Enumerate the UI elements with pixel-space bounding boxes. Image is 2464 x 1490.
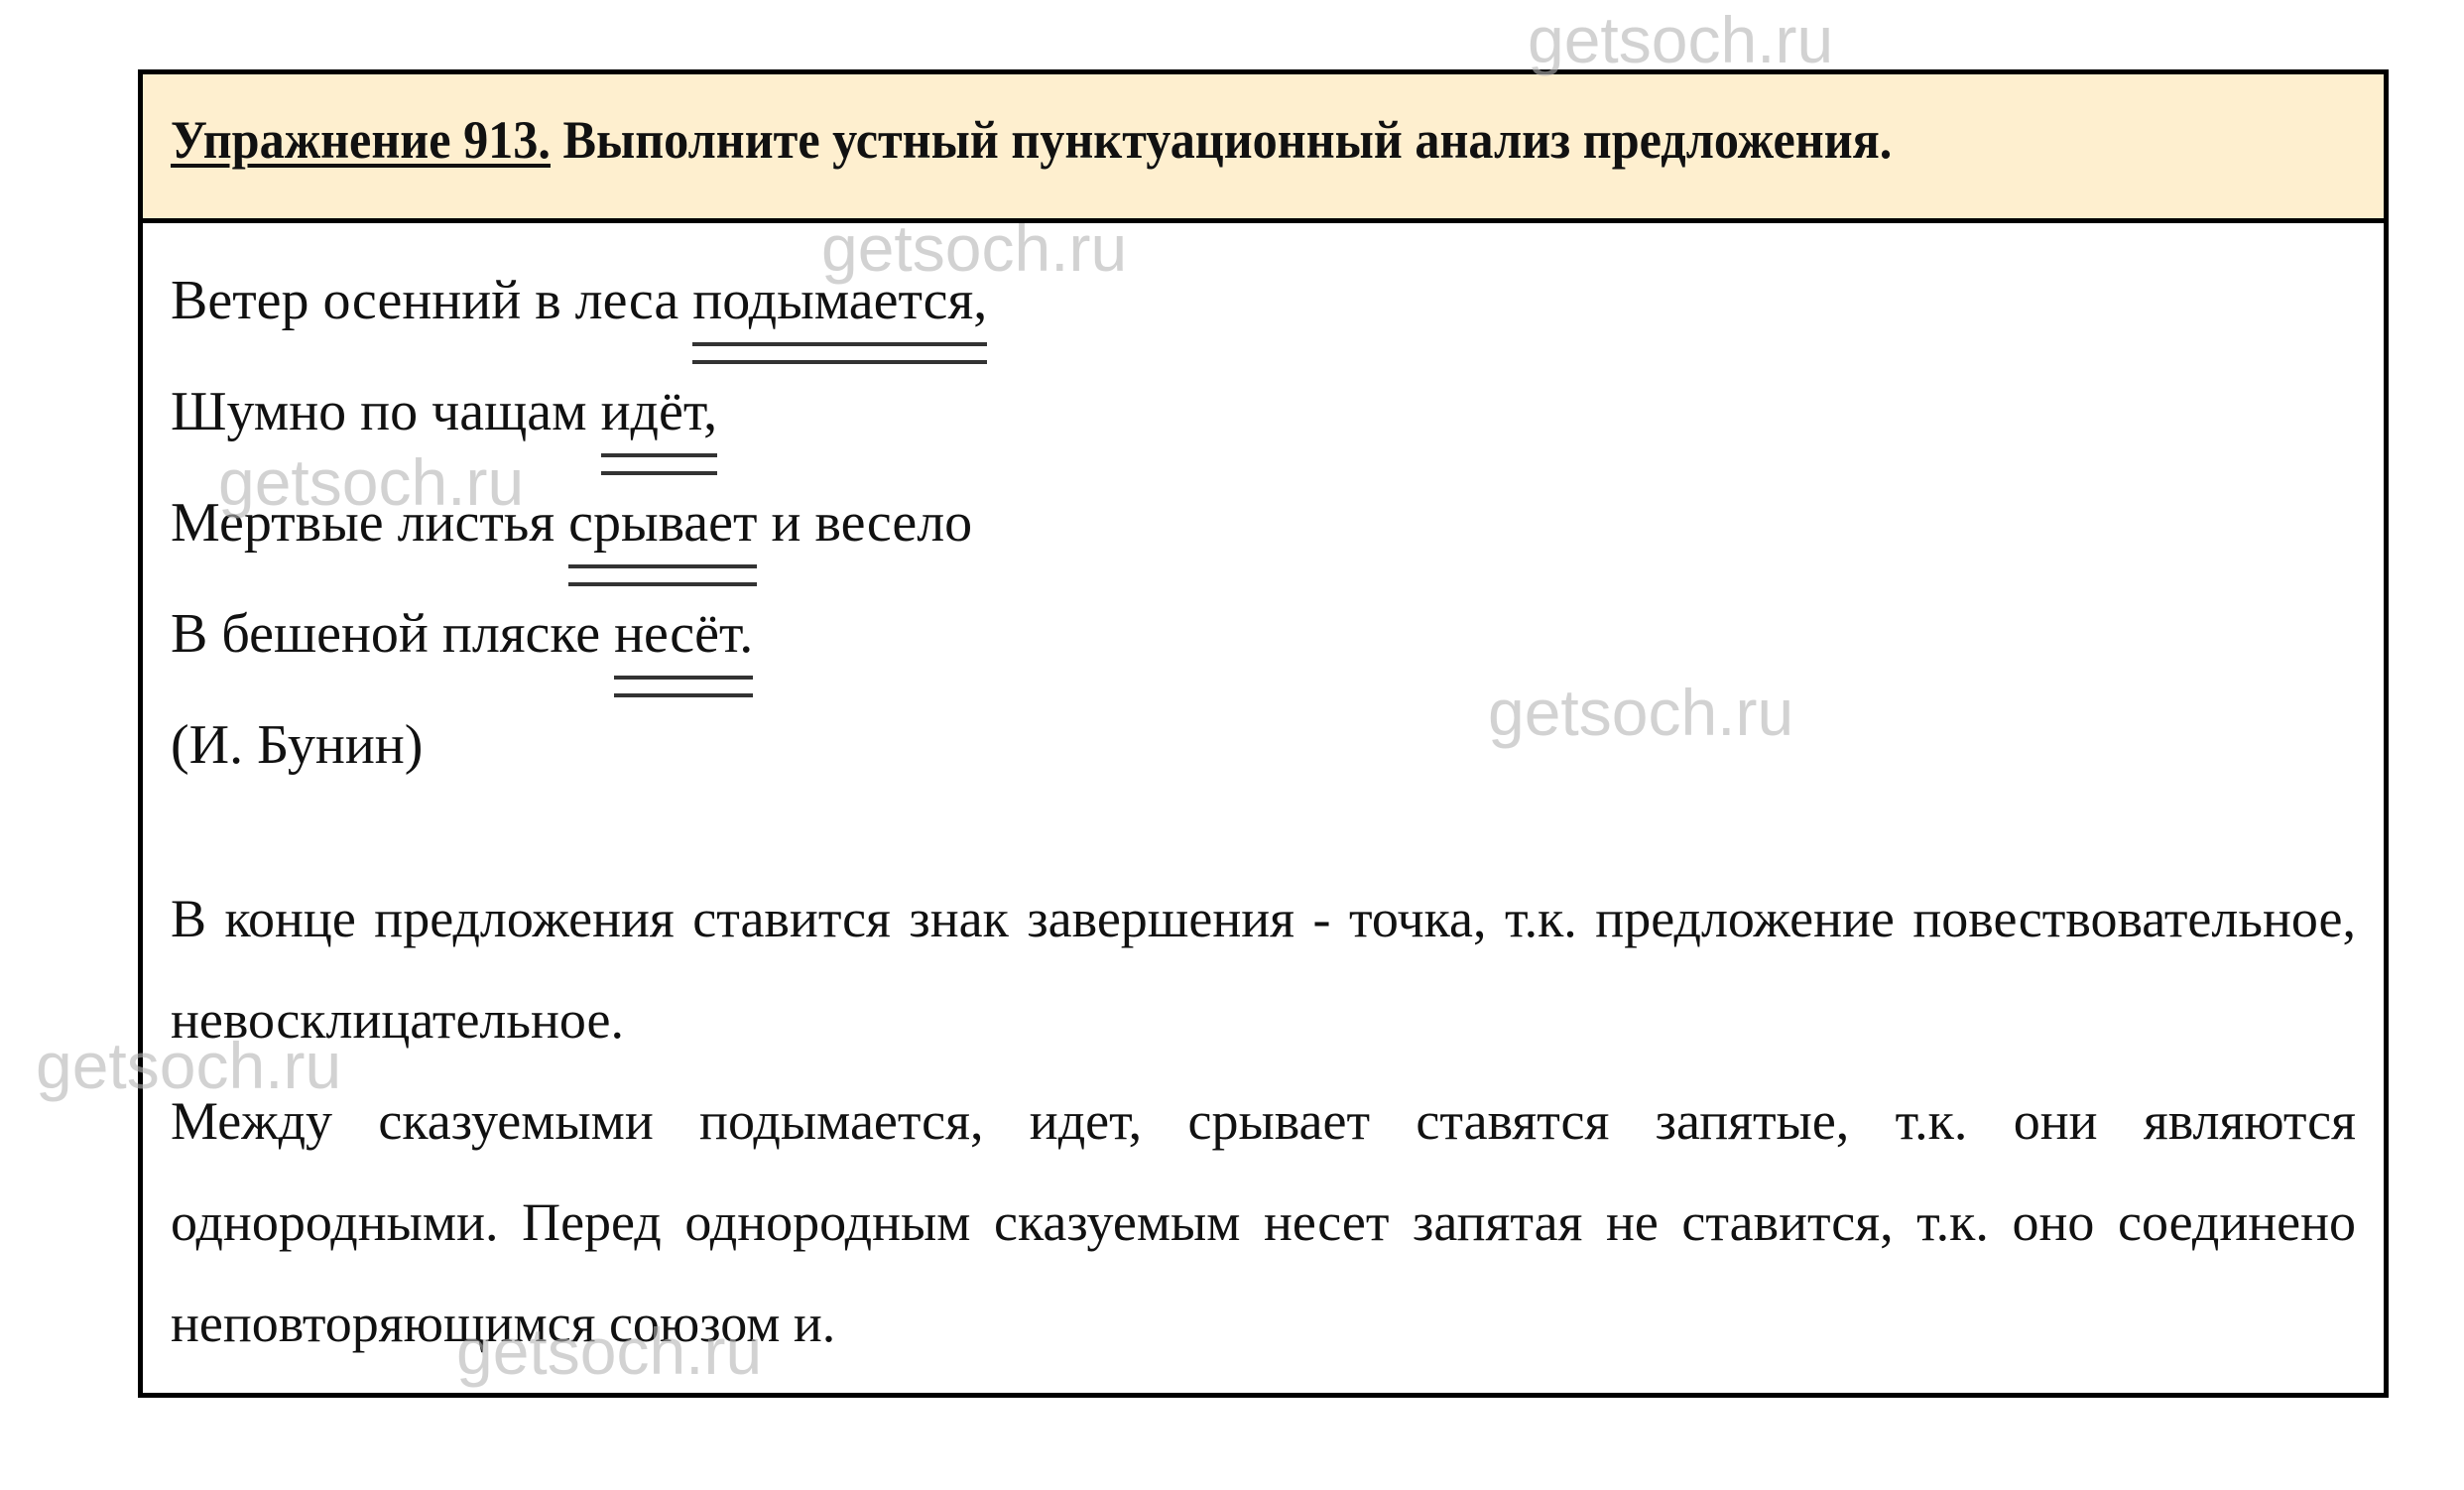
poem-line: В бешеной пляске несёт. [171, 606, 987, 717]
poem-text: Мертвые листья [171, 492, 568, 554]
poem-text: Шумно по чащам [171, 381, 601, 442]
analysis-paragraph-2: Между сказуемыми подымается, идет, срыва… [171, 1070, 2356, 1374]
analysis-paragraph-1: В конце предложения ставится знак заверш… [171, 868, 2356, 1070]
poem-line: Шумно по чащам идёт, [171, 384, 987, 495]
watermark: getsoch.ru [1528, 2, 1833, 77]
exercise-title: Упражнение 913. Выполните устный пунктуа… [171, 109, 1892, 171]
exercise-card: Упражнение 913. Выполните устный пунктуа… [138, 69, 2389, 1398]
exercise-task: Выполните устный пунктуационный анализ п… [563, 110, 1893, 170]
poem-text: В бешеной пляске [171, 603, 614, 665]
analysis-text: В конце предложения ставится знак заверш… [171, 868, 2356, 1374]
poem-author: (И. Бунин) [171, 717, 987, 828]
predicate-underlined: несёт. [614, 606, 753, 662]
poem-line: Мертвые листья срывает и весело [171, 495, 987, 606]
predicate-underlined: подымается, [692, 273, 987, 328]
predicate-underlined: срывает [568, 495, 757, 551]
poem: Ветер осенний в леса подымается, Шумно п… [171, 273, 987, 828]
exercise-header: Упражнение 913. Выполните устный пунктуа… [143, 74, 2384, 223]
poem-text: Ветер осенний в леса [171, 270, 692, 331]
poem-text: и весело [757, 492, 972, 554]
poem-line: Ветер осенний в леса подымается, [171, 273, 987, 384]
exercise-number: Упражнение 913. [171, 110, 551, 170]
predicate-underlined: идёт, [601, 384, 718, 439]
